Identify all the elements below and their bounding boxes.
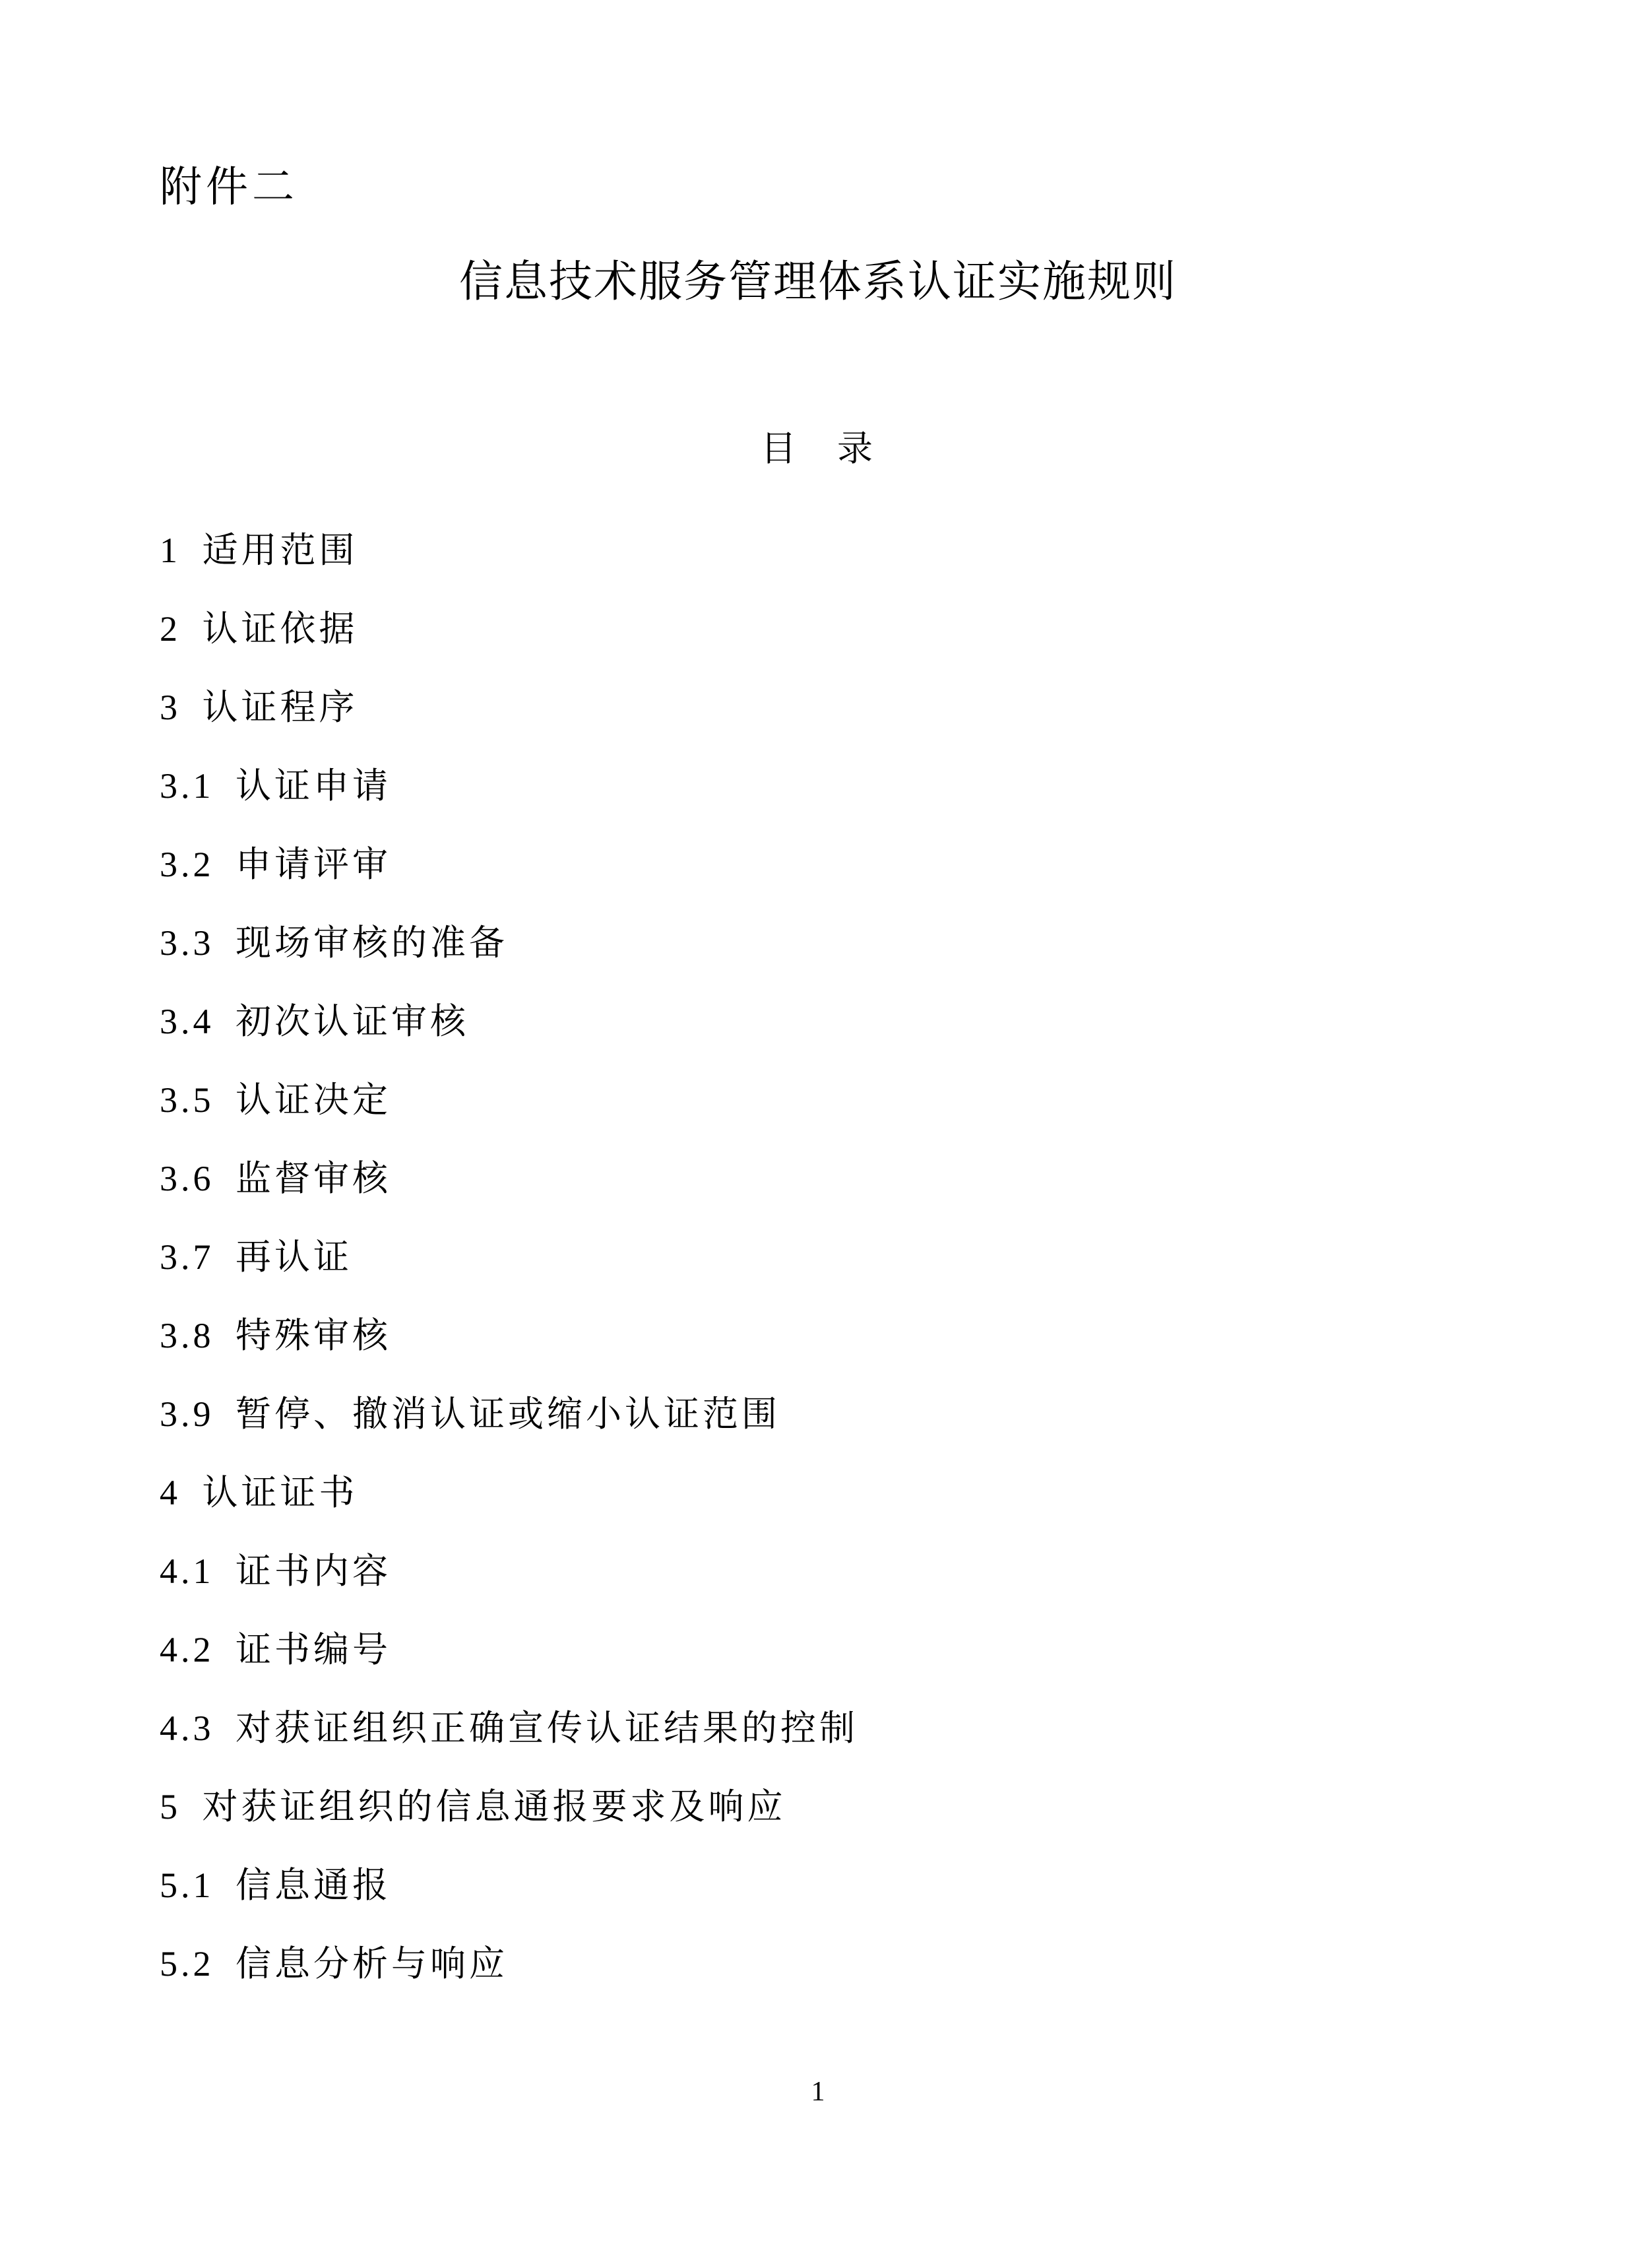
toc-item: 3.8 特殊审核	[160, 1293, 1479, 1372]
toc-item: 5.2 信息分析与响应	[160, 1922, 1479, 2000]
toc-item: 2 认证依据	[160, 587, 1479, 665]
attachment-label: 附件二	[160, 162, 298, 212]
toc-item: 5.1 信息通报	[160, 1843, 1479, 1922]
toc-item: 3.5 认证决定	[160, 1058, 1479, 1136]
toc-list: 1 适用范围2 认证依据3 认证程序3.1 认证申请3.2 申请评审3.3 现场…	[160, 508, 1479, 2000]
toc-item: 3.7 再认证	[160, 1215, 1479, 1293]
toc-item: 3.1 认证申请	[160, 744, 1479, 822]
toc-item: 3.6 监督审核	[160, 1136, 1479, 1215]
toc-item: 4.3 对获证组织正确宣传认证结果的控制	[160, 1686, 1479, 1765]
toc-item: 3.4 初次认证审核	[160, 979, 1479, 1058]
toc-item: 5 对获证组织的信息通报要求及响应	[160, 1765, 1479, 1843]
page-number: 1	[0, 2076, 1636, 2108]
document-page: 附件二 信息技术服务管理体系认证实施规则 目 录 1 适用范围2 认证依据3 认…	[0, 0, 1636, 2268]
toc-item: 3.2 申请评审	[160, 822, 1479, 901]
document-title: 信息技术服务管理体系认证实施规则	[0, 256, 1636, 309]
toc-item: 3 认证程序	[160, 665, 1479, 744]
toc-item: 4.1 证书内容	[160, 1529, 1479, 1607]
toc-item: 3.9 暂停、撤消认证或缩小认证范围	[160, 1372, 1479, 1450]
toc-item: 4 认证证书	[160, 1450, 1479, 1529]
toc-item: 1 适用范围	[160, 508, 1479, 587]
toc-heading: 目 录	[0, 428, 1636, 470]
toc-item: 4.2 证书编号	[160, 1607, 1479, 1686]
toc-item: 3.3 现场审核的准备	[160, 901, 1479, 979]
